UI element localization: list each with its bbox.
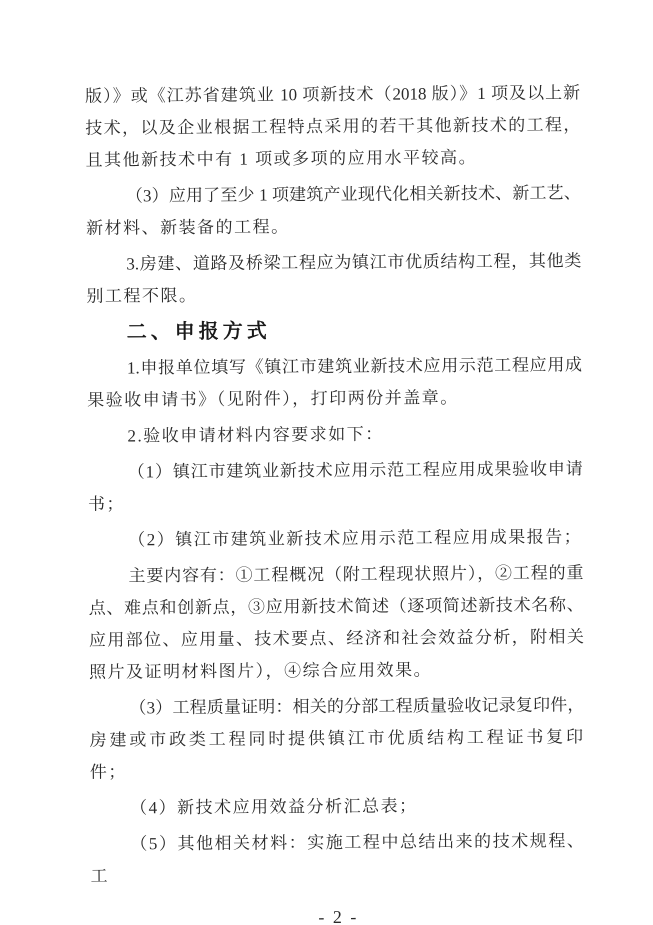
document-page: 版）》或《江苏省建筑业 10 项新技术（2018 版）》1 项及以上新技术，以及…	[0, 0, 653, 925]
text-line: 版）》或《江苏省建筑业 10 项新技术（2018 版）》1 项及以上新	[85, 77, 580, 112]
paragraph: 1.申报单位填写《镇江市建筑业新技术应用示范工程应用成果验收申请书》（见附件），…	[87, 349, 582, 416]
paragraph: （2）镇江市建筑业新技术应用示范工程应用成果报告；	[88, 521, 583, 556]
text-line: （4）新技术应用效益分析汇总表；	[90, 789, 585, 824]
document-text-blocks: 版）》或《江苏省建筑业 10 项新技术（2018 版）》1 项及以上新技术，以及…	[85, 77, 586, 892]
text-line: 应用部位、应用量、技术要点、经济和社会效益分析，附相关	[89, 621, 584, 656]
text-line: 且其他新技术中有 1 项或多项的应用水平较高。	[85, 141, 580, 176]
paragraph: （3）应用了至少 1 项建筑产业现代化相关新技术、新工艺、新材料、新装备的工程。	[86, 177, 581, 244]
page-number: - 2 -	[91, 905, 586, 925]
text-line: 二、申报方式	[87, 313, 582, 348]
text-line: （3）应用了至少 1 项建筑产业现代化相关新技术、新工艺、	[86, 177, 581, 212]
text-line: （3）工程质量证明：相关的分部工程质量验收记录复印件，	[89, 689, 584, 724]
text-line: 别工程不限。	[86, 277, 581, 312]
text-line: 书；	[88, 485, 583, 520]
paragraph: （1）镇江市建筑业新技术应用示范工程应用成果验收申请书；	[88, 453, 583, 520]
paragraph: 2.验收申请材料内容要求如下：	[87, 417, 582, 452]
text-line: 照片及证明材料图片），④综合应用效果。	[89, 653, 584, 688]
paragraph: （5）其他相关材料：实施工程中总结出来的技术规程、工	[90, 825, 585, 892]
text-line: 2.验收申请材料内容要求如下：	[87, 417, 582, 452]
section-heading: 二、申报方式	[87, 313, 582, 348]
text-line: 主要内容有：①工程概况（附工程现状照片），②工程的重	[88, 557, 583, 592]
paragraph: 版）》或《江苏省建筑业 10 项新技术（2018 版）》1 项及以上新技术，以及…	[85, 77, 581, 176]
text-line: （5）其他相关材料：实施工程中总结出来的技术规程、工	[90, 825, 585, 892]
document-body: 版）》或《江苏省建筑业 10 项新技术（2018 版）》1 项及以上新技术，以及…	[85, 77, 586, 925]
paragraph: 3.房建、道路及桥梁工程应为镇江市优质结构工程，其他类别工程不限。	[86, 245, 581, 312]
paragraph: （3）工程质量证明：相关的分部工程质量验收记录复印件，房建或市政类工程同时提供镇…	[89, 689, 585, 788]
text-line: 房建或市政类工程同时提供镇江市优质结构工程证书复印件；	[90, 721, 585, 788]
text-line: 1.申报单位填写《镇江市建筑业新技术应用示范工程应用成	[87, 349, 582, 384]
text-line: 果验收申请书》（见附件），打印两份并盖章。	[87, 381, 582, 416]
text-line: 点、难点和创新点，③应用新技术简述（逐项简述新技术名称、	[89, 589, 584, 624]
paragraph: 主要内容有：①工程概况（附工程现状照片），②工程的重点、难点和创新点，③应用新技…	[88, 557, 584, 688]
paragraph: （4）新技术应用效益分析汇总表；	[90, 789, 585, 824]
text-line: （1）镇江市建筑业新技术应用示范工程应用成果验收申请	[88, 453, 583, 488]
text-line: 新材料、新装备的工程。	[86, 209, 581, 244]
text-line: 3.房建、道路及桥梁工程应为镇江市优质结构工程，其他类	[86, 245, 581, 280]
text-line: 技术，以及企业根据工程特点采用的若干其他新技术的工程，	[85, 109, 580, 144]
text-line: （2）镇江市建筑业新技术应用示范工程应用成果报告；	[88, 521, 583, 556]
